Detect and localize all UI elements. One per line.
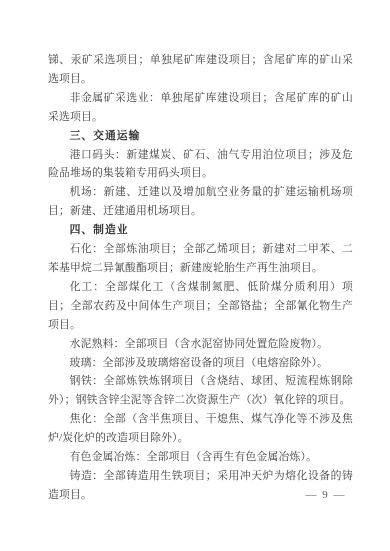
- paragraph: 机场：新建、迁建以及增加航空业务量的扩建运输机场项目；新建、迁建通用机场项目。: [48, 183, 353, 221]
- paragraph: 非金属矿采选业：单独尾矿库建设项目；含尾矿库的矿山采选项目。: [48, 89, 353, 127]
- paragraph: 石化：全部炼油项目；全部乙烯项目；新建对二甲苯、二苯基甲烷二异氰酸酯项目；新建废…: [48, 240, 353, 278]
- paragraph: 港口码头：新建煤炭、矿石、油气专用泊位项目；涉及危险品堆场的集装箱专用码头项目。: [48, 146, 353, 184]
- document-body: 锑、汞矿采选项目；单独尾矿库建设项目；含尾矿库的矿山采选项目。非金属矿采选业：单…: [48, 51, 353, 505]
- paragraph: 钢铁：全部炼铁炼钢项目（含烧结、球团、短流程炼钢除外）；钢铁含锌尘泥等含锌二次资…: [48, 372, 353, 410]
- section-heading: 四、制造业: [48, 221, 353, 240]
- paragraph: 水泥熟料：全部项目（含水泥窑协同处置危险废物）。: [48, 335, 353, 354]
- paragraph: 焦化：全部（含半焦项目、干熄焦、煤气净化等不涉及焦炉/炭化炉的改造项目除外）。: [48, 410, 353, 448]
- paragraph: 化工：全部煤化工（含煤制氮肥、低阶煤分质利用）项目；全部农药及中间体生产项目；全…: [48, 278, 353, 335]
- paragraph: 有色金属冶炼：全部项目（含再生有色金属冶炼）。: [48, 448, 353, 467]
- document-page: 锑、汞矿采选项目；单独尾矿库建设项目；含尾矿库的矿山采选项目。非金属矿采选业：单…: [0, 0, 390, 551]
- paragraph: 锑、汞矿采选项目；单独尾矿库建设项目；含尾矿库的矿山采选项目。: [48, 51, 353, 89]
- section-heading: 三、交通运输: [48, 127, 353, 146]
- paragraph: 玻璃：全部涉及玻璃熔窑设备的项目（电熔窑除外）。: [48, 354, 353, 373]
- page-number: — 9 —: [306, 489, 347, 501]
